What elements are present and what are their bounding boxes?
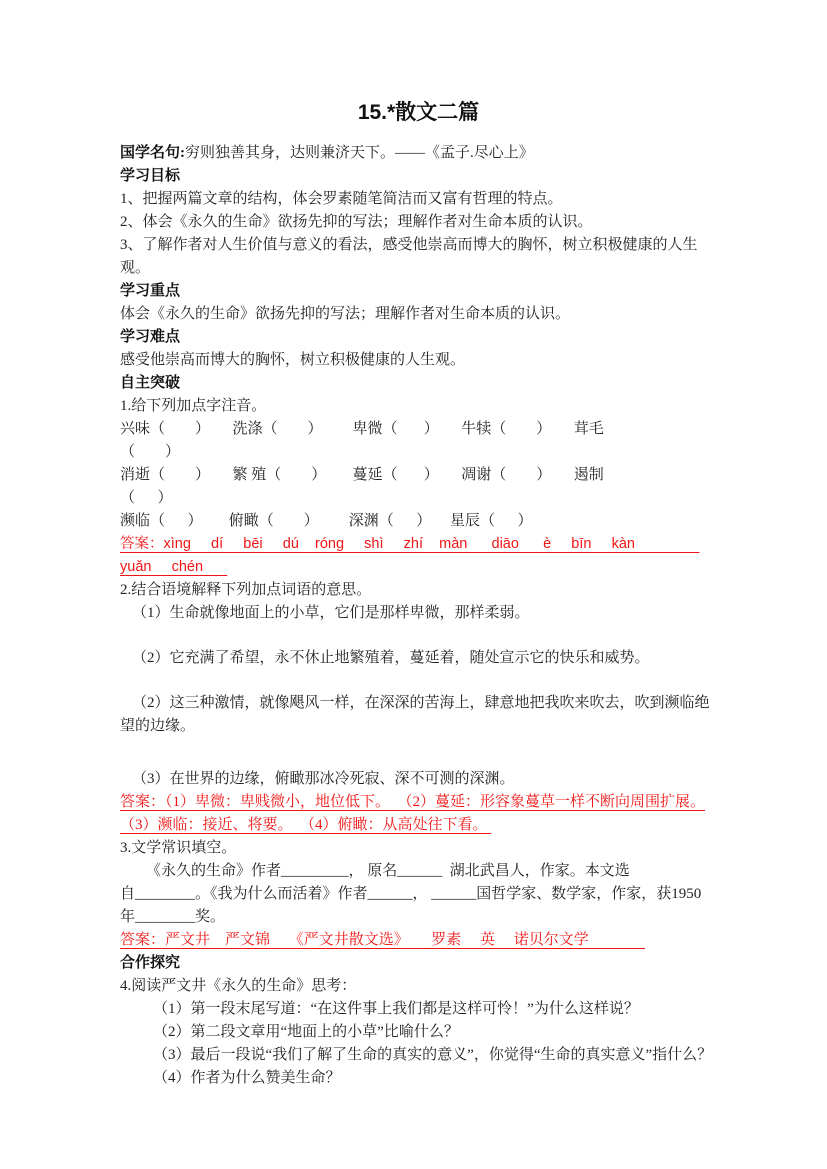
objectives-heading: 学习目标 [120,165,717,188]
q3-line-2: 自________。《我为什么而活着》作者______， ______国哲学家、… [120,883,717,906]
difficulty-heading: 学习难点 [120,326,717,349]
q2-item-2: （2）它充满了希望，永不休止地繁殖着，蔓延着，随处宣示它的快乐和威势。 [120,647,717,670]
self-study-heading: 自主突破 [120,372,717,395]
q4-item-4: （4）作者为什么赞美生命？ [120,1067,717,1090]
famous-quote-text: 穷则独善其身，达则兼济天下。——《孟子.尽心上》 [185,145,534,161]
q2-prompt: 2.结合语境解释下列加点词语的意思。 [120,579,717,602]
blank-space [120,670,717,692]
document-page: 15.*散文二篇 国学名句:穷则独善其身，达则兼济天下。——《孟子.尽心上》 学… [0,0,827,1169]
document-title: 15.*散文二篇 [120,98,717,128]
famous-quote-line: 国学名句:穷则独善其身，达则兼济天下。——《孟子.尽心上》 [120,142,717,165]
q4-item-3: （3）最后一段说“我们了解了生命的真实的意义”，你觉得“生命的真实意义”指什么？ [120,1044,717,1067]
q3-answer-line: 答案：严文井 严文锦 《严文井散文选》 罗素 英 诺贝尔文学 [120,929,717,952]
blank-space [120,625,717,647]
q1-answer-line-2: yuǎn chén [120,556,717,579]
q2-item-1: （1）生命就像地面上的小草，它们是那样卑微，那样柔弱。 [120,602,717,625]
objective-item-1: 1、把握两篇文章的结构，体会罗素随笔简洁而又富有哲理的特点。 [120,188,717,211]
q1-pinyin-row-3: 濒临（ ） 俯瞰（ ） 深渊（ ） 星辰（ ） [120,510,717,533]
q4-prompt: 4.阅读严文井《永久的生命》思考： [120,975,717,998]
key-point-heading: 学习重点 [120,280,717,303]
q4-item-1: （1）第一段末尾写道：“在这件事上我们都是这样可怜！”为什么这样说？ [120,998,717,1021]
difficulty-text: 感受他崇高而博大的胸怀，树立积极健康的人生观。 [120,349,717,372]
q1-pinyin-row-1: 兴味（ ） 洗涤（ ） 卑微（ ） 牛犊（ ） 茸毛 [120,418,717,441]
q4-item-2: （2）第二段文章用“地面上的小草”比喻什么？ [120,1021,717,1044]
q3-prompt: 3.文学常识填空。 [120,837,717,860]
blank-space [120,738,717,768]
objective-item-3: 3、了解作者对人生价值与意义的看法，感受他崇高而博大的胸怀，树立积极健康的人生观… [120,234,717,280]
q3-line-1: 《永久的生命》作者_________， 原名______ 湖北武昌人，作家。本文… [120,860,717,883]
key-point-text: 体会《永久的生命》欲扬先抑的写法；理解作者对生命本质的认识。 [120,303,717,326]
famous-quote-label: 国学名句: [120,145,185,161]
q2-item-4: （3）在世界的边缘，俯瞰那冰冷死寂、深不可测的深渊。 [120,768,717,791]
q2-item-3: （2）这三种激情，就像飓风一样，在深深的苦海上，肆意地把我吹来吹去，吹到濒临绝望… [120,692,717,738]
q1-answer-line-1: 答案：xìng dí bēi dú róng shì zhí màn diāo … [120,533,717,556]
q2-answer-line-2: （3）濒临：接近、将要。 （4）俯瞰：从高处往下看。 [120,814,717,837]
q1-pinyin-row-2: 消逝（ ） 繁 殖（ ） 蔓延（ ） 凋谢（ ） 遏制 [120,464,717,487]
q1-pinyin-row-1-carry: （ ） [120,441,717,464]
objective-item-2: 2、体会《永久的生命》欲扬先抑的写法；理解作者对生命本质的认识。 [120,211,717,234]
q1-pinyin-row-2-carry: （ ） [120,487,717,510]
cooperative-heading: 合作探究 [120,952,717,975]
q2-answer-line-1: 答案：（1）卑微：卑贱微小，地位低下。 （2）蔓延：形容象蔓草一样不断向周围扩展… [120,791,717,814]
q3-line-3: 年________奖。 [120,906,717,929]
q1-prompt: 1.给下列加点字注音。 [120,395,717,418]
